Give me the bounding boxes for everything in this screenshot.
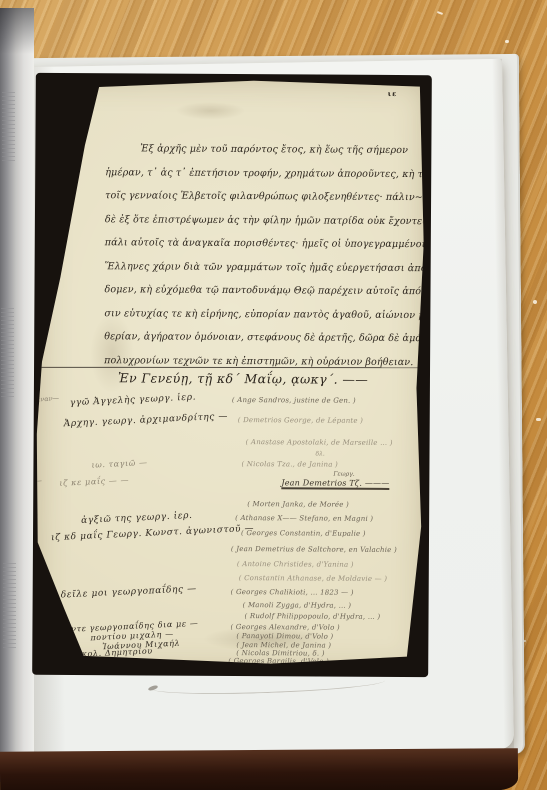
dateline: Ἐν Γενεύῃ, τῇ κδ΄ Μαΐῳ, ᾳωκγ΄. ——: [118, 370, 388, 387]
signature-latin: ( Antoine Christides, d'Yanina ): [237, 560, 354, 569]
signature-row: ιω. ταγιῶ — ( Nicolas Tza., de Janina ): [33, 459, 429, 475]
paragraph-line: Ἐξ ἀρχῆς μὲν τοῦ παρόντος ἔτος, κὴ ἕως τ…: [105, 137, 417, 162]
signature-latin: ( Morten Janka, de Morée ): [247, 500, 349, 509]
left-page-text-fragment: [2, 92, 15, 162]
signature-latin: ( Jean Demetrius de Saltchore, en Valach…: [231, 545, 397, 554]
book-cover-edge: [0, 748, 518, 790]
left-page-stack: [0, 8, 34, 782]
paragraph-line: δὲ ἐξ ὅτε ἐπιστρέψωμεν ἁς τὴν φίλην ἡμῶν…: [105, 208, 417, 233]
signature-greek: ιζ κε μαΐς — —: [59, 476, 129, 488]
signature-latin: ( Georges Chalikioti, … 1823 — ): [231, 588, 354, 597]
signature-latin: ( Panayoti Dimou, d'Volo ): [236, 632, 333, 641]
signature-latin: ( Georges Bargilis, d'Volo ): [228, 657, 329, 666]
signature-row: · · · · · · · — · · ( Georges Bargilis, …: [32, 656, 428, 672]
signature-greek: δεῖλε μοι γεωργοπαΐδης —: [61, 584, 197, 600]
paragraph-line: πάλι αὐτοῖς τὰ ἀναγκαῖα πορισθέντες· ἡμε…: [105, 231, 417, 256]
signature-margin-mark: Δ—: [34, 621, 46, 630]
paragraph-line: ἡμέραν, τ᾽ ἁς τ᾽ ἐπετήσιον τροφήν, χρημά…: [105, 161, 417, 186]
signature-latin: ( Constantin Athanase, de Moldavie — ): [239, 574, 387, 583]
signature-row: — ιζ κε μαΐς — — Jean Demetrios Τζ. ——— …: [33, 477, 429, 493]
signature-greek: γγῶ Ἀγγελὴς γεωργ. ἱερ.: [70, 392, 197, 408]
paragraph-line: τοῖς γενναίοις Ἑλβετοῖς φιλανθρώπως φιλο…: [105, 184, 417, 209]
signature-margin-mark: —: [35, 477, 42, 485]
signature-row: ιζ κδ μαΐς Γεωργ. Κωνστ. ἀγωνιστοῦ — ( G…: [33, 528, 429, 544]
signature-latin: ( Ange Sandros, justine de Gen. ): [232, 396, 356, 405]
signature-latin: ( Georges Alexandre, d'Volo ): [230, 623, 339, 632]
paper-stain: [176, 102, 246, 120]
signature-note: Γεωργ.: [333, 471, 354, 478]
signature-greek: ιω. ταγιῶ —: [91, 458, 148, 470]
facsimile-plate: ιε Ἐξ ἀρχῆς μὲν τοῦ παρόντος ἔτος, κὴ ἕω…: [32, 73, 432, 677]
signature-greek: Ἀρχηγ. γεωργ. ἀρχιμανδρίτης —: [64, 412, 229, 430]
signature-latin: ( Demetrios George, de Lépante ): [238, 416, 363, 425]
wood-scratch: [533, 300, 537, 304]
signature-latin: ( Anastase Apostolaki, de Marseille … ): [246, 438, 393, 447]
manuscript-paragraph: Ἐξ ἀρχῆς μὲν τοῦ παρόντος ἔτος, κὴ ἕως τ…: [104, 137, 427, 374]
paragraph-line: Ἕλληνες χάριν διὰ τῶν γραμμάτων τοῖς ἡμᾶ…: [105, 255, 417, 280]
manuscript-paper: ιε Ἐξ ἀρχῆς μὲν τοῦ παρόντος ἔτος, κὴ ἕω…: [32, 73, 432, 677]
signature-greek: · · · · · · · — · ·: [56, 655, 115, 666]
signature-margin-mark: αναν—: [36, 394, 60, 403]
wood-scratch: [437, 11, 443, 15]
signature-subnote: δλ.: [315, 451, 324, 458]
signature-row: αναν— γγῶ Ἀγγελὴς γεωργ. ἱερ. ( Ange San…: [34, 395, 430, 411]
signature-row: ( Jean Demetrius de Saltchore, en Valach…: [33, 544, 429, 560]
signature-row: Ἀρχηγ. γεωργ. ἀρχιμανδρίτης — ( Demetrio…: [34, 415, 430, 431]
left-page-text-fragment: [3, 563, 16, 648]
signature-latin: ( Nicolas Tza., de Janina ): [241, 460, 338, 469]
paragraph-line: θερίαν, ἀγήρατον ὁμόνοιαν, στεφάνους δὲ …: [104, 325, 416, 350]
signature-latin: ( Rudolf Philippopoulo, d'Hydra, … ): [245, 612, 381, 621]
signature-latin: ( Manoli Zygga, d'Hydra, … ): [243, 601, 352, 610]
wood-scratch: [505, 40, 509, 43]
signature-greek: ἀγξιῶ της γεωργ. ἱερ.: [81, 511, 193, 526]
left-page-text-fragment: [1, 308, 14, 398]
paragraph-line: σιν εὐτυχίας τε κὴ εἰρήνης, εὐπορίαν παν…: [104, 302, 416, 327]
signature-row: ( Anastase Apostolaki, de Marseille … ) …: [34, 437, 430, 453]
signature-latin: ( Georges Constantin, d'Eupalie ): [241, 529, 366, 538]
paragraph-line: δομεν, κὴ εὐχόμεθα τῷ παντοδυνάμῳ Θεῷ πα…: [104, 278, 416, 303]
wood-scratch: [536, 418, 541, 421]
signature-latin: Jean Demetrios Τζ. ———: [281, 478, 389, 490]
signature-latin: ( Athanase X—— Stefano, en Magni ): [235, 514, 373, 523]
signature-margin-mark: Δ μ.: [34, 586, 48, 595]
folio-number: ιε: [388, 89, 398, 98]
